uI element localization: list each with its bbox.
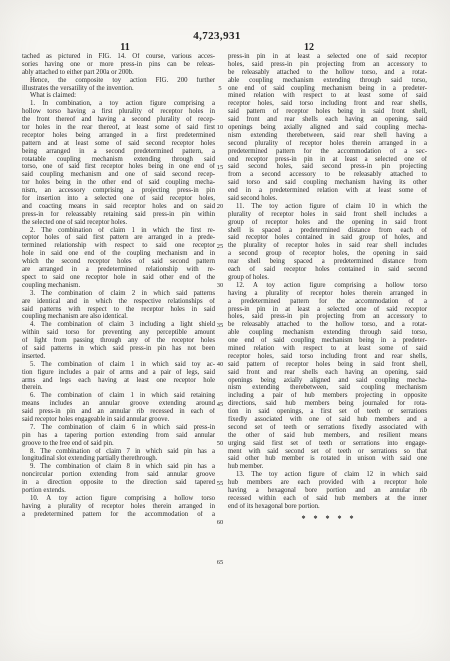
text-line: said receptor holes engageable in said a… (22, 416, 215, 424)
text-line: plurality of receptor holes in said fron… (228, 211, 427, 219)
text-line: 5. The combination of claim 1 in which s… (22, 361, 215, 369)
text-line: said patterns with respect to the recept… (22, 306, 215, 314)
text-line: ceptor holes of said first pattern are a… (22, 234, 215, 242)
text-line: receptor holes, said torso including fro… (228, 353, 427, 361)
text-line: including a pair of hub members projecti… (228, 392, 427, 400)
text-line: one end of said coupling mechanism being… (228, 337, 427, 345)
text-line: in a direction opposite to the direction… (22, 479, 215, 487)
text-line: are identical and in which the respectiv… (22, 298, 215, 306)
text-line: being arranged in a second predetermined… (22, 148, 215, 156)
text-line: tor holes being in the other end of said… (22, 179, 215, 187)
text-line: of light from passing through any of the… (22, 337, 215, 345)
text-line: noncircular portion extending from said … (22, 471, 215, 479)
text-line: longitudinal slot extending partially th… (22, 455, 215, 463)
text-line: 13. The toy action figure of claim 12 in… (228, 471, 427, 479)
text-line: mined relation with respect to at least … (228, 345, 427, 353)
text-line: said front and rear shells each having a… (228, 369, 427, 377)
text-line: predetermined pattern for the accommodat… (228, 148, 427, 156)
text-line: means includes an annular groove extendi… (22, 400, 215, 408)
text-line: coupling mechanism are also identical. (22, 313, 215, 321)
line-number: 15 (212, 164, 228, 172)
text-line: 3. The combination of claim 2 in which s… (22, 290, 215, 298)
text-line: the selected one of said receptor holes. (22, 219, 215, 227)
text-line: 9. The combination of claim 8 in which s… (22, 463, 215, 471)
text-line: hub members are each provided with a rec… (228, 479, 427, 487)
text-line: 4. The combination of claim 3 including … (22, 321, 215, 329)
text-line: What is claimed: (22, 92, 215, 100)
text-line: nism extending therebetween, said rear s… (228, 132, 427, 140)
line-number: 25 (212, 243, 228, 251)
text-line: hub member. (228, 463, 427, 471)
text-line: illustrates the versatility of the inven… (22, 85, 215, 93)
text-line: said torso and said coupling mechanism h… (228, 179, 427, 187)
line-number: 55 (212, 480, 228, 488)
text-line: able coupling mechanism extending throug… (228, 329, 427, 337)
text-line: openings being axially aligned and said … (228, 124, 427, 132)
text-line: which the second receptor holes of said … (22, 258, 215, 266)
text-line: shell is spaced a predetermined distance… (228, 227, 427, 235)
line-number: 35 (212, 322, 228, 330)
text-line: said pattern of receptor holes being in … (228, 361, 427, 369)
text-line: 11. The toy action figure of claim 10 in… (228, 203, 427, 211)
text-line: the other of said hub members, and resil… (228, 432, 427, 440)
text-line: Hence, the composite toy action FIG. 200… (22, 77, 215, 85)
text-line: termined relationship with respect to sa… (22, 242, 215, 250)
text-line: tion in said openings, a first set of te… (228, 408, 427, 416)
text-line: 8. The combination of claim 7 in which s… (22, 448, 215, 456)
text-line: urging said first set of teeth or serrat… (228, 440, 427, 448)
text-line: and coacting means in said receptor hole… (22, 203, 215, 211)
text-line: press-in for releassably retaining said … (22, 211, 215, 219)
text-line: able coupling mechanism extending throug… (228, 77, 427, 85)
text-line: nism extending therebetween, said coupli… (228, 384, 427, 392)
text-line: fixedly associated with one of said hub … (228, 416, 427, 424)
text-line: therein. (22, 384, 215, 392)
text-line: are arranged in a predetermined relation… (22, 266, 215, 274)
text-line: said press-in pin and an annular rib rec… (22, 408, 215, 416)
text-line: recessed within each of said hub members… (228, 495, 427, 503)
text-line: sories having one or more press-in pins … (22, 61, 215, 69)
text-line: tion figure includes a pair of arms and … (22, 369, 215, 377)
text-line: press-in pin in at least a selected one … (228, 306, 427, 314)
text-line: be releasably attached to the hollow tor… (228, 321, 427, 329)
text-line: the front thereof and having a second pl… (22, 116, 215, 124)
text-line: groove to the free end of said pin. (22, 440, 215, 448)
text-line: said front and rear shells each having a… (228, 116, 427, 124)
text-line: inserted. (22, 353, 215, 361)
text-line: arms and legs each having at least one r… (22, 377, 215, 385)
text-line: a predetermined pattern for the accommod… (22, 511, 215, 519)
line-number: 5 (212, 85, 228, 93)
text-line: having a plurality of receptor holes the… (228, 290, 427, 298)
text-line: each of said receptor holes contained in… (228, 266, 427, 274)
text-line: 10. A toy action figure comprising a hol… (22, 495, 215, 503)
claims-end-asterisks: * * * * * (228, 514, 427, 523)
text-line: end in a predetermined relation with at … (228, 187, 427, 195)
text-line: from a second accessory to be releasably… (228, 171, 427, 179)
text-line: having a hexagonal bore portion and an a… (228, 487, 427, 495)
text-line: group of receptor holes and the opening … (228, 219, 427, 227)
text-line: ably attached to either part 200a or 200… (22, 69, 215, 77)
text-line: tor holes in the rear thereof, at least … (22, 124, 215, 132)
text-line: torso, one of said first receptor holes … (22, 163, 215, 171)
text-line: hollow torso having a first plurality of… (22, 108, 215, 116)
right-column-number: 12 (228, 42, 390, 53)
text-line: coupling mechanism. (22, 282, 215, 290)
text-line: holes, said press-in pin projecting from… (228, 61, 427, 69)
line-number: 20 (212, 203, 228, 211)
line-number: 40 (212, 361, 228, 369)
text-line: 2. The combination of claim 1 in which t… (22, 227, 215, 235)
text-line: within said torso for preventing any per… (22, 329, 215, 337)
text-line: said coupling mechanism and one of said … (22, 171, 215, 179)
text-line: pin has a tapering portion extending fro… (22, 432, 215, 440)
right-text-column: press-in pin in at least a selected one … (228, 53, 427, 511)
text-line: holes, said press-in pin projecting from… (228, 313, 427, 321)
text-line: 6. The combination of claim 1 in which s… (22, 392, 215, 400)
text-line: one end of said coupling mechanism being… (228, 85, 427, 93)
text-line: rear shell being spaced a predetermined … (228, 258, 427, 266)
text-line: said second holes. (228, 195, 427, 203)
text-line: 1. In combination, a toy action figure c… (22, 100, 215, 108)
text-line: having a plurality of receptor holes the… (22, 503, 215, 511)
text-line: group of holes. (228, 274, 427, 282)
line-number: 10 (212, 124, 228, 132)
text-line: of said patterns in which said press-in … (22, 345, 215, 353)
line-number-gutter: 5101520253035404550556065 (212, 53, 228, 613)
text-line: be releasably attached to the hollow tor… (228, 69, 427, 77)
text-line: pattern and at least some of said second… (22, 140, 215, 148)
text-line: ment with said second set of teeth or se… (228, 448, 427, 456)
line-number: 60 (212, 519, 228, 527)
text-line: said second holes, said second press-in … (228, 163, 427, 171)
left-text-column: tached as pictured in FIG. 14. Of course… (22, 53, 215, 519)
text-line: receptor holes being arranged in a first… (22, 132, 215, 140)
text-line: the plurality of receptor holes in said … (228, 242, 427, 250)
text-line: directions, said hub members being journ… (228, 400, 427, 408)
text-line: said pattern of receptor holes being in … (228, 108, 427, 116)
text-line: for insertion into a selected one of sai… (22, 195, 215, 203)
line-number: 65 (212, 559, 228, 567)
text-line: portion extends. (22, 487, 215, 495)
text-line: nism, an accessory comprising a projecti… (22, 187, 215, 195)
text-line: press-in pin in at least a selected one … (228, 53, 427, 61)
text-line: receptor holes, said torso including fro… (228, 100, 427, 108)
patent-page: 4,723,931 11 12 tached as pictured in FI… (0, 0, 450, 661)
line-number: 30 (212, 282, 228, 290)
text-line: mined relation with respect to at least … (228, 92, 427, 100)
text-line: second set of teeth or serrations fixedl… (228, 424, 427, 432)
text-line: spect to said one receptor hole in said … (22, 274, 215, 282)
patent-number: 4,723,931 (2, 30, 432, 42)
line-number: 45 (212, 401, 228, 409)
text-line: end of its hexagonal bore portion. (228, 503, 427, 511)
text-line: 7. The combination of claim 6 in which s… (22, 424, 215, 432)
text-line: ond receptor press-in pin in at least a … (228, 156, 427, 164)
text-line: said other hub member is rotated in unis… (228, 455, 427, 463)
text-line: a second group of receptor holes, the op… (228, 250, 427, 258)
left-column-number: 11 (0, 42, 250, 53)
text-line: 12. A toy action figure comprising a hol… (228, 282, 427, 290)
text-line: tached as pictured in FIG. 14. Of course… (22, 53, 215, 61)
text-line: second plurality of receptor holes there… (228, 140, 427, 148)
text-line: openings being axially aligned and said … (228, 377, 427, 385)
text-line: said receptor holes contained in said gr… (228, 234, 427, 242)
text-line: rotatable coupling mechanism extending t… (22, 156, 215, 164)
line-number: 50 (212, 440, 228, 448)
text-line: hole in said one end of the coupling mec… (22, 250, 215, 258)
text-line: a predetermined pattern for the accommod… (228, 298, 427, 306)
